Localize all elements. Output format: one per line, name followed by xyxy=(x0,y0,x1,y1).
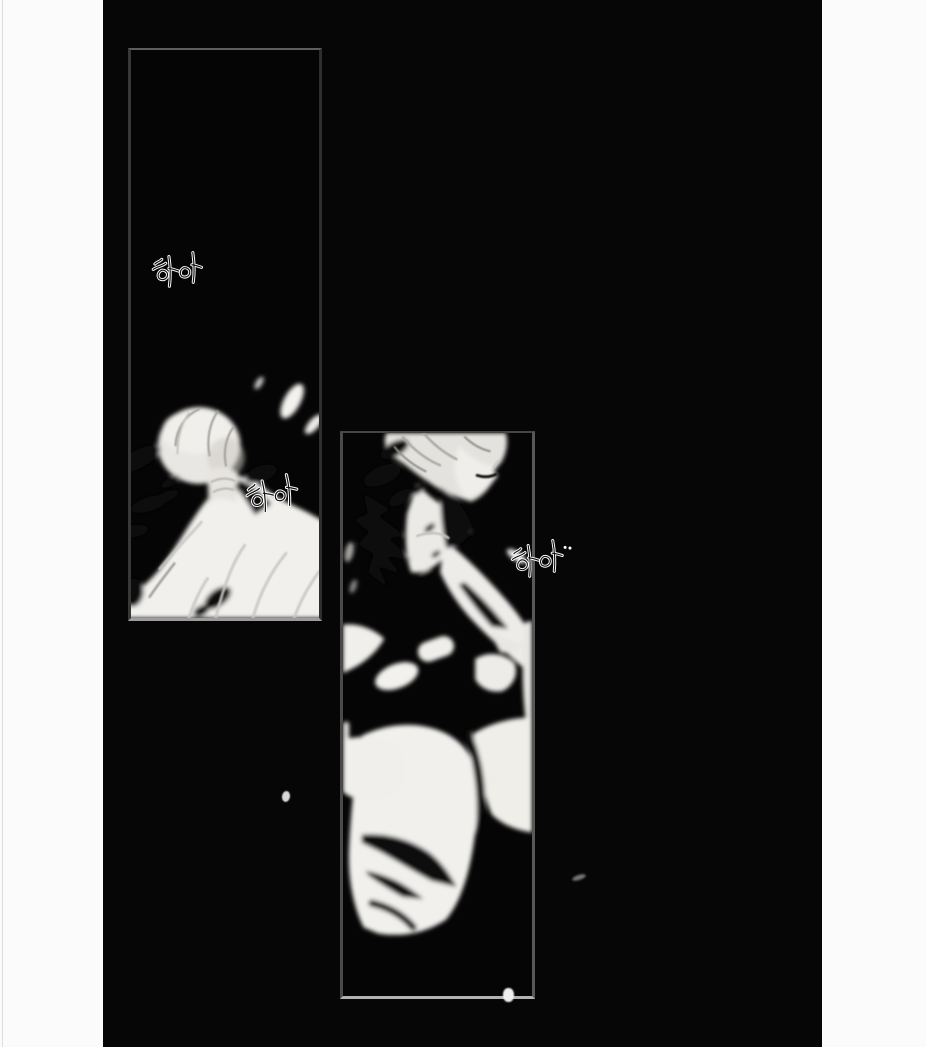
page-left-edge-line xyxy=(2,0,3,1047)
white-petal xyxy=(276,380,309,421)
gray-dash-speck xyxy=(572,873,587,882)
panel2-bottom-notch xyxy=(503,988,514,1002)
figure-profile xyxy=(343,433,532,935)
panel2-artwork xyxy=(343,433,532,996)
manga-panel-2 xyxy=(340,431,535,999)
page-canvas: 하아 하아 xyxy=(103,0,822,1047)
panel1-artwork xyxy=(131,50,319,618)
white-speck xyxy=(281,790,291,802)
manga-panel-1 xyxy=(128,48,322,621)
collar xyxy=(207,467,238,503)
